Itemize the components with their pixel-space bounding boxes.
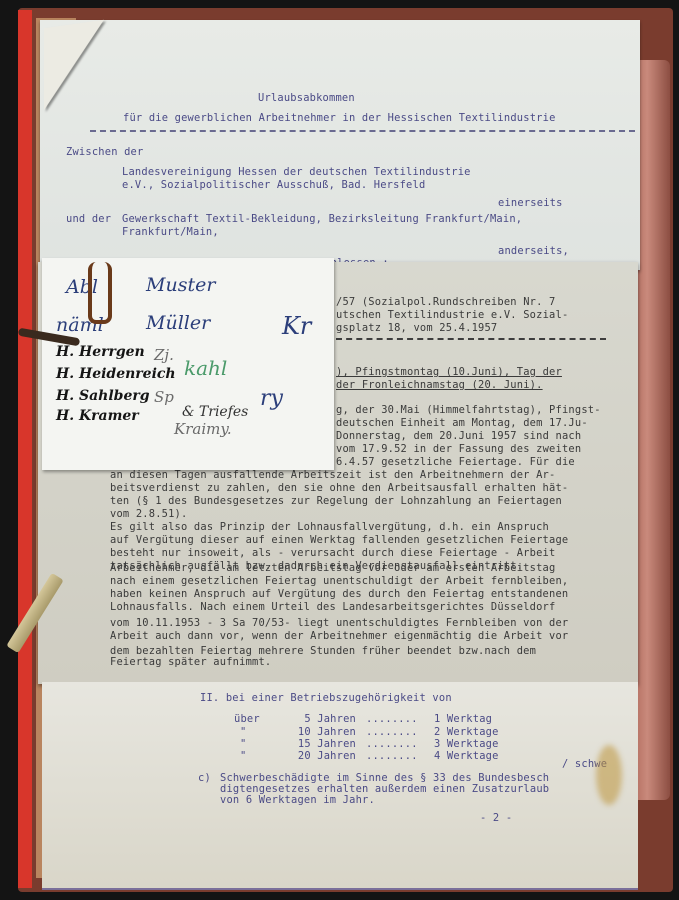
party1-side: einerseits [498,197,563,210]
para3-2: nach einem gesetzlichen Feiertag unentsc… [110,575,568,588]
blue-signature: ry [260,386,283,411]
document-subtitle: für die gewerblichen Arbeitnehmer in der… [123,112,556,125]
initials: Kraimy. [174,420,232,438]
para1-full-3: ten (§ 1 des Bundesgesetzes zur Regelung… [110,495,562,508]
folder-red-edge [18,10,32,888]
para3-4: Lohnausfalls. Nach einem Urteil des Land… [110,601,555,614]
scribble: Müller [146,312,210,334]
para1-full-1: an diesen Tagen ausfallende Arbeitszeit … [110,469,555,482]
signature-card: Abl Muster näml Müller Kr H. Herrgen H. … [42,258,334,470]
para1-right-2: deutschen Einheit am Montag, dem 17.Ju- [336,417,588,430]
para1-full-2: beitsverdienst zu zahlen, den sie ohne d… [110,482,568,495]
holiday-heading-2: der Fronleichnamstag (20. Juni). [336,379,543,392]
para1-right-3: Donnerstag, dem 20.Juni 1957 sind nach [336,430,581,443]
scribble: Kr [282,312,311,340]
initials: & Triefes [182,404,248,420]
document-bottom-sheet: II. bei einer Betriebszugehörigkeit von … [42,682,638,890]
para3-5: vom 10.11.1953 - 3 Sa 70/53- liegt unent… [110,617,568,630]
document-title: Urlaubsabkommen [258,92,355,105]
para3-8: Feiertag später aufnimmt. [110,656,271,669]
signatory-name: H. Kramer [56,408,139,424]
para3-6: Arbeit auch dann vor, wenn der Arbeitneh… [110,630,568,643]
ref-line-1: /57 (Sozialpol.Rundschreiben Nr. 7 [336,296,556,309]
signatory-name: H. Sahlberg [56,388,150,404]
water-stain [596,745,622,805]
parties-connector: und der [66,213,111,226]
green-signature: kahl [184,356,227,380]
para3-3: haben keinen Anspruch auf Vergütung des … [110,588,568,601]
section-heading: II. bei einer Betriebszugehörigkeit von [200,692,452,705]
party2-line1: Gewerkschaft Textil-Bekleidung, Bezirksl… [122,213,522,226]
ref-line-3: gsplatz 18, vom 25.4.1957 [336,322,497,335]
party2-line2: Frankfurt/Main, [122,226,219,239]
item-c-label: c) [198,772,211,785]
party2-side: anderseits, [498,245,569,258]
scribble: Muster [146,274,215,296]
initials: Zj. [154,346,174,364]
paper-clip [88,262,112,324]
holiday-heading-1: ), Pfingstmontag (10.Juni), Tag der [336,366,562,379]
para1-right-1: g, der 30.Mai (Himmelfahrtstag), Pfingst… [336,404,601,417]
initials: Sp [154,388,174,406]
para2-3: besteht nur insoweit, als - verursacht d… [110,547,555,560]
party1-line1: Landesvereinigung Hessen der deutschen T… [122,166,471,179]
para1-full-4: vom 2.8.51). [110,508,187,521]
document-top-sheet: Urlaubsabkommen für die gewerblichen Arb… [40,20,640,270]
para1-right-5: 6.4.57 gesetzliche Feiertage. Für die [336,456,575,469]
item-c-line-3: von 6 Werktagen im Jahr. [220,794,375,807]
signatory-name: H. Heidenreich [56,366,176,382]
para2-2: auf Vergütung dieser auf einen Werktag f… [110,534,568,547]
page-number: - 2 - [480,812,512,825]
signatory-name: H. Herrgen [56,344,145,360]
ref-divider [336,338,606,340]
ref-line-2: utschen Textilindustrie e.V. Sozial- [336,309,568,322]
title-divider [90,130,635,132]
para2-1: Es gilt also das Prinzip der Lohnausfall… [110,521,549,534]
para3-1: Arbeitnehmer, die am letzten Arbeitstag … [110,562,555,575]
para1-right-4: vom 17.9.52 in der Fassung des zweiten [336,443,581,456]
corner-tab [44,20,104,110]
party1-line2: e.V., Sozialpolitischer Ausschuß, Bad. H… [122,179,425,192]
parties-intro: Zwischen der [66,146,143,159]
